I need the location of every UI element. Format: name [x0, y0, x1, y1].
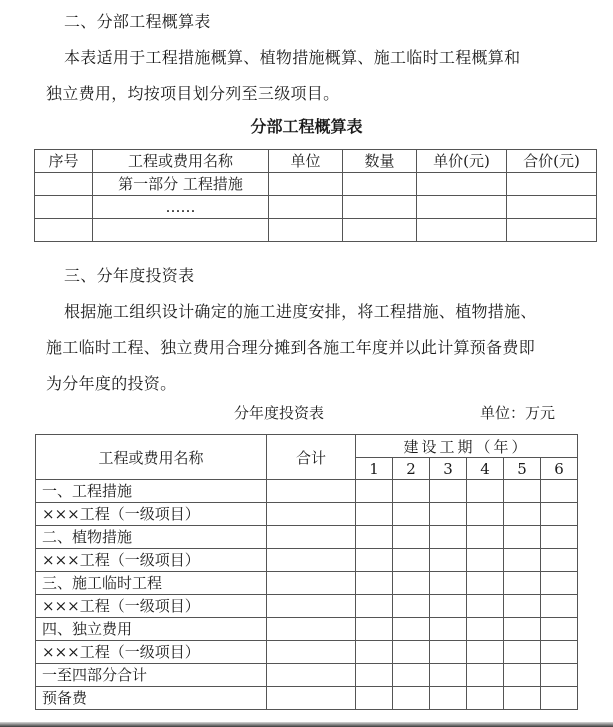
- row-label: ×××工程（一级项目）: [36, 503, 267, 526]
- table-cell: 第一部分 工程措施: [93, 173, 269, 196]
- table-row: 一至四部分合计: [36, 664, 578, 687]
- table-cell: [267, 503, 356, 526]
- table-cell: [430, 618, 467, 641]
- section2-heading: 二、分部工程概算表: [64, 12, 211, 32]
- table-header-row: 工程或费用名称 合计 建设工期（年）: [36, 435, 578, 458]
- table-cell: [35, 173, 93, 196]
- table-cell: [430, 503, 467, 526]
- table-cell: [467, 641, 504, 664]
- table-row: 第一部分 工程措施: [35, 173, 597, 196]
- section3-heading: 三、分年度投资表: [64, 266, 194, 286]
- table-cell: [541, 480, 578, 503]
- row-label: 预备费: [36, 687, 267, 710]
- table-cell: [393, 664, 430, 687]
- col-header-year-6: 6: [541, 458, 578, 480]
- table-cell: [356, 503, 393, 526]
- table-row: ×××工程（一级项目）: [36, 641, 578, 664]
- table-cell: [417, 196, 507, 219]
- table-cell: [430, 641, 467, 664]
- page-bottom-edge: [0, 722, 613, 727]
- table-cell: [393, 595, 430, 618]
- table-cell: [356, 618, 393, 641]
- annual-investment-table: 工程或费用名称 合计 建设工期（年） 1 2 3 4 5 6 一、工程措施 ××…: [35, 434, 578, 710]
- col-header-unit-price: 单价(元): [417, 150, 507, 173]
- section3-paragraph-line2: 施工临时工程、独立费用合理分摊到各施工年度并以此计算预备费即: [46, 338, 535, 358]
- table-cell: [507, 219, 597, 242]
- table-cell: [267, 595, 356, 618]
- table-cell: [430, 664, 467, 687]
- table-cell: [541, 641, 578, 664]
- table-cell: [504, 618, 541, 641]
- table-cell: [430, 526, 467, 549]
- table-cell: [356, 572, 393, 595]
- table-cell: [541, 549, 578, 572]
- section3-paragraph-line1: 根据施工组织设计确定的施工进度安排，将工程措施、植物措施、: [64, 302, 537, 322]
- table-cell: [267, 526, 356, 549]
- table2-unit-label: 单位：万元: [480, 403, 555, 423]
- table-cell: [430, 687, 467, 710]
- table-row: 一、工程措施: [36, 480, 578, 503]
- table-cell: [393, 526, 430, 549]
- table-cell: [393, 641, 430, 664]
- col-header-year-1: 1: [356, 458, 393, 480]
- table-cell: [417, 173, 507, 196]
- table-cell: ……: [93, 196, 269, 219]
- col-header-year-4: 4: [467, 458, 504, 480]
- table-cell: [393, 572, 430, 595]
- table-cell: [541, 618, 578, 641]
- table-cell: [504, 641, 541, 664]
- table-cell: [267, 480, 356, 503]
- row-label: 一至四部分合计: [36, 664, 267, 687]
- table-header-row: 序号 工程或费用名称 单位 数量 单价(元) 合价(元): [35, 150, 597, 173]
- table-cell: [504, 687, 541, 710]
- table-cell: [541, 572, 578, 595]
- table-cell: [507, 173, 597, 196]
- table-cell: [356, 595, 393, 618]
- row-label: ×××工程（一级项目）: [36, 595, 267, 618]
- table-cell: [356, 641, 393, 664]
- table-cell: [467, 480, 504, 503]
- table-cell: [504, 595, 541, 618]
- table-cell: [541, 664, 578, 687]
- col-header-construction-period: 建设工期（年）: [356, 435, 578, 458]
- table-cell: [267, 572, 356, 595]
- table-cell: [541, 595, 578, 618]
- table-cell: [269, 219, 343, 242]
- col-header-year-2: 2: [393, 458, 430, 480]
- table2-title: 分年度投资表: [234, 403, 324, 423]
- table-row: ×××工程（一级项目）: [36, 549, 578, 572]
- table-cell: [541, 687, 578, 710]
- table-cell: [430, 549, 467, 572]
- table-cell: [504, 572, 541, 595]
- table-row: ×××工程（一级项目）: [36, 595, 578, 618]
- table-row: ×××工程（一级项目）: [36, 503, 578, 526]
- row-label: ×××工程（一级项目）: [36, 549, 267, 572]
- row-label: 二、植物措施: [36, 526, 267, 549]
- table-cell: [393, 480, 430, 503]
- row-label: ×××工程（一级项目）: [36, 641, 267, 664]
- col-header-total-price: 合价(元): [507, 150, 597, 173]
- table-cell: [35, 196, 93, 219]
- table-cell: [93, 219, 269, 242]
- section3-paragraph-line3: 为分年度的投资。: [46, 374, 176, 394]
- table-cell: [393, 618, 430, 641]
- table-row: 预备费: [36, 687, 578, 710]
- table-cell: [507, 196, 597, 219]
- table-cell: [269, 196, 343, 219]
- table-cell: [417, 219, 507, 242]
- table-row: [35, 219, 597, 242]
- row-label: 三、施工临时工程: [36, 572, 267, 595]
- table-row: ……: [35, 196, 597, 219]
- col-header-quantity: 数量: [343, 150, 417, 173]
- table-cell: [356, 480, 393, 503]
- table-cell: [467, 595, 504, 618]
- table-cell: [504, 664, 541, 687]
- table-cell: [267, 618, 356, 641]
- col-header-total: 合计: [267, 435, 356, 480]
- col-header-year-5: 5: [504, 458, 541, 480]
- sub-project-estimate-table: 序号 工程或费用名称 单位 数量 单价(元) 合价(元) 第一部分 工程措施 ……: [34, 149, 597, 242]
- table-cell: [467, 572, 504, 595]
- col-header-unit: 单位: [269, 150, 343, 173]
- col-header-item-name: 工程或费用名称: [36, 435, 267, 480]
- table-cell: [267, 664, 356, 687]
- table-cell: [467, 664, 504, 687]
- table-cell: [504, 503, 541, 526]
- col-header-year-3: 3: [430, 458, 467, 480]
- table-cell: [430, 595, 467, 618]
- table-cell: [504, 526, 541, 549]
- table-cell: [467, 618, 504, 641]
- table-cell: [356, 664, 393, 687]
- table-cell: [541, 503, 578, 526]
- table-cell: [541, 526, 578, 549]
- col-header-item-name: 工程或费用名称: [93, 150, 269, 173]
- table-cell: [467, 526, 504, 549]
- table-cell: [430, 480, 467, 503]
- table-cell: [504, 549, 541, 572]
- col-header-serial: 序号: [35, 150, 93, 173]
- table-row: 三、施工临时工程: [36, 572, 578, 595]
- table-cell: [467, 549, 504, 572]
- table-cell: [35, 219, 93, 242]
- table-row: 二、植物措施: [36, 526, 578, 549]
- table-cell: [467, 503, 504, 526]
- section2-paragraph-line2: 独立费用，均按项目划分列至三级项目。: [46, 84, 339, 104]
- table-cell: [393, 503, 430, 526]
- table-cell: [393, 687, 430, 710]
- table-cell: [467, 687, 504, 710]
- table1-title: 分部工程概算表: [0, 117, 613, 137]
- table-cell: [267, 687, 356, 710]
- row-label: 四、独立费用: [36, 618, 267, 641]
- table-cell: [356, 687, 393, 710]
- table-row: 四、独立费用: [36, 618, 578, 641]
- table-cell: [343, 196, 417, 219]
- table-cell: [393, 549, 430, 572]
- table-cell: [269, 173, 343, 196]
- table-cell: [343, 219, 417, 242]
- table-cell: [356, 526, 393, 549]
- table-cell: [267, 641, 356, 664]
- table-cell: [356, 549, 393, 572]
- table-cell: [430, 572, 467, 595]
- table-cell: [343, 173, 417, 196]
- table-cell: [504, 480, 541, 503]
- table-cell: [267, 549, 356, 572]
- section2-paragraph-line1: 本表适用于工程措施概算、植物措施概算、施工临时工程概算和: [64, 48, 520, 68]
- row-label: 一、工程措施: [36, 480, 267, 503]
